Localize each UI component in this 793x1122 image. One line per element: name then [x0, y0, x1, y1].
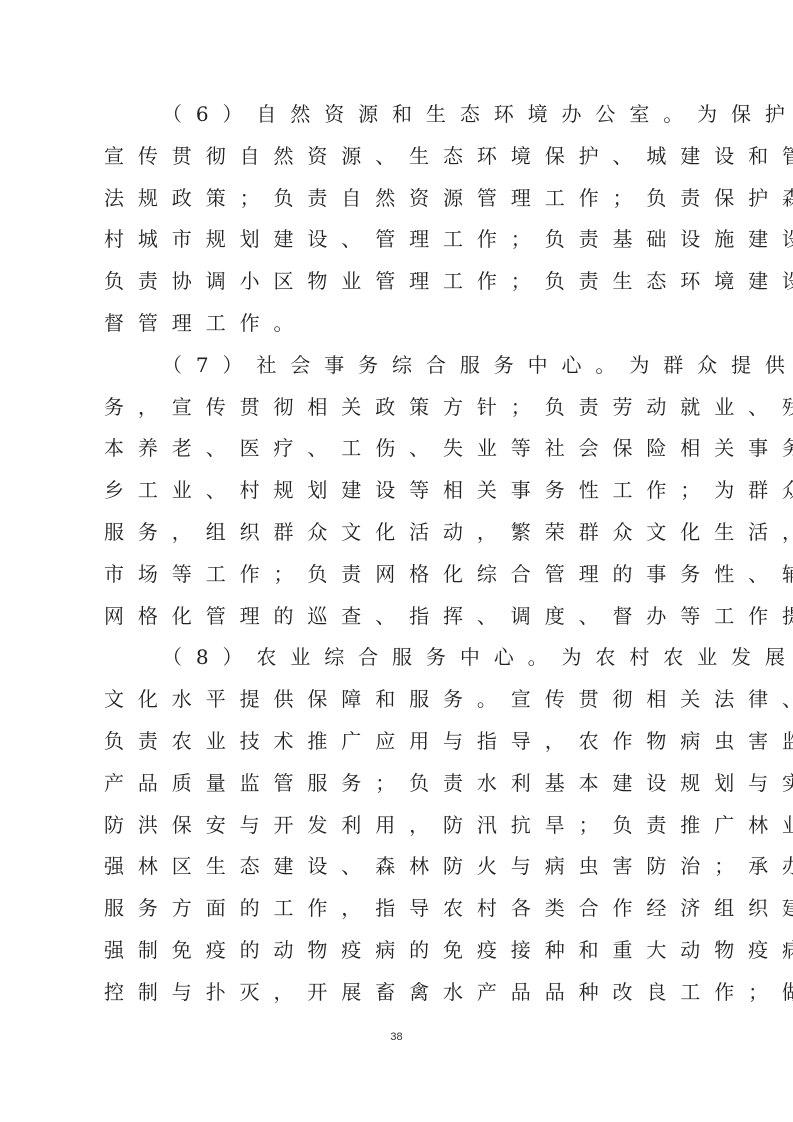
paragraph-6-line-3: 法规政策；负责自然资源管理工作；负责保护森林资源；负责	[104, 178, 704, 220]
paragraph-6-line-1: （6）自然资源和生态环境办公室。为保护自然资源，负责	[104, 94, 704, 136]
paragraph-7-line-3: 本养老、医疗、工伤、失业等社会保险相关事务性工作；负责	[104, 428, 704, 470]
paragraph-7-line-4: 乡工业、村规划建设等相关事务性工作；为群众文化生活提供	[104, 470, 704, 512]
paragraph-8-line-6: 强林区生态建设、森林防火与病虫害防治；承办农村经营管理	[104, 846, 704, 888]
paragraph-8-line-5: 防洪保安与开发利用，防汛抗旱；负责推广林业科学技术，加	[104, 805, 704, 847]
page-number: 38	[0, 1031, 793, 1043]
paragraph-6-line-6: 督管理工作。	[104, 303, 704, 345]
paragraph-8-line-8: 强制免疫的动物疫病的免疫接种和重大动物疫病的检测、报告、	[104, 930, 704, 972]
paragraph-8-line-7: 服务方面的工作，指导农村各类合作经济组织建设；负责国家	[104, 888, 704, 930]
paragraph-6-line-5: 负责协调小区物业管理工作；负责生态环境建设、环境保护监	[104, 261, 704, 303]
paragraph-6-line-4: 村城市规划建设、管理工作；负责基础设施建设与维护工作；	[104, 219, 704, 261]
document-page: （6）自然资源和生态环境办公室。为保护自然资源，负责 宣传贯彻自然资源、生态环境…	[0, 0, 793, 1122]
paragraph-8-line-3: 负责农业技术推广应用与指导，农作物病虫害监测与防治，农	[104, 721, 704, 763]
document-body: （6）自然资源和生态环境办公室。为保护自然资源，负责 宣传贯彻自然资源、生态环境…	[104, 94, 704, 1014]
paragraph-8-line-1: （8）农业综合服务中心。为农村农业发展、提高农民科技	[104, 637, 704, 679]
paragraph-8-line-9: 控制与扑灭，开展畜禽水产品品种改良工作；做好其他相关社	[104, 972, 704, 1014]
paragraph-7-line-5: 服务，组织群众文化活动，繁荣群众文化生活，协助管理文化	[104, 512, 704, 554]
paragraph-7-line-2: 务，宣传贯彻相关政策方针；负责劳动就业、残疾人事业和基	[104, 387, 704, 429]
paragraph-8-line-2: 文化水平提供保障和服务。宣传贯彻相关法律、法规、政策；	[104, 679, 704, 721]
paragraph-6-line-2: 宣传贯彻自然资源、生态环境保护、城建设和管理有关法律、	[104, 136, 704, 178]
paragraph-7-line-1: （7）社会事务综合服务中心。为群众提供社会事业公共服	[104, 345, 704, 387]
paragraph-7-line-6: 市场等工作；负责网格化综合管理的事务性、辅助性工作，为	[104, 554, 704, 596]
paragraph-8-line-4: 产品质量监管服务；负责水利基本建设规划与实施，水利设施	[104, 763, 704, 805]
paragraph-7-line-7: 网格化管理的巡查、指挥、调度、督办等工作提供技术支撑。	[104, 596, 704, 638]
